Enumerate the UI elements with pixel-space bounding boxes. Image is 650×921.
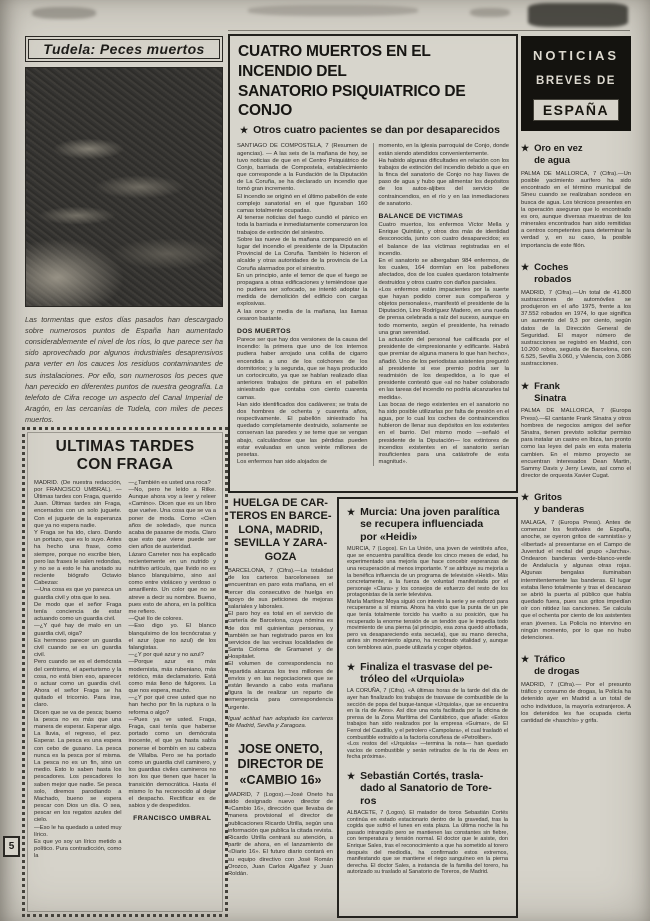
main-subhead-text: Otros cuatro pacientes se dan por desapa… [253, 124, 500, 136]
murcia-article: ★ Murcia: Una joven paralítica se recupe… [347, 506, 508, 652]
brief-headline: ★ Gritos y banderas [521, 492, 631, 516]
column-2-crosshead: BALANCE DE VICTIMAS [379, 213, 510, 220]
star-icon: ★ [521, 492, 529, 503]
brief-item-drogas: ★ Tráfico de drogas MADRID, 7 (Cifra).— … [521, 654, 631, 725]
urquiola-body: LA CORUÑA, 7 (Cifra). «A últimas horas d… [347, 688, 508, 761]
tudela-article: Tudela: Peces muertos Las tormentas que … [25, 36, 223, 425]
brief-body: PALMA DE MALLORCA, 7 (Europa Press).—El … [521, 408, 631, 480]
cortes-headline-text: Sebastián Cortés, trasla- dado al Sanato… [360, 770, 492, 807]
brief-headline: ★ Oro en vez de agua [521, 143, 631, 167]
starred-news-box: ★ Murcia: Una joven paralítica se recupe… [337, 497, 518, 918]
news-briefs-column: NOTICIAS BREVES DE ESPAÑA ★ Oro en vez d… [521, 36, 631, 725]
oneto-article: JOSE ONETO, DIRECTOR DE «CAMBIO 16» MADR… [228, 742, 333, 878]
oneto-headline: JOSE ONETO, DIRECTOR DE «CAMBIO 16» [228, 742, 333, 788]
brief-headline: ★ Coches robados [521, 262, 631, 286]
brief-headline-text: Frank Sinatra [534, 381, 566, 405]
brief-headline: ★ Tráfico de drogas [521, 654, 631, 678]
page-number: 5 [3, 836, 20, 857]
espana-label: ESPAÑA [533, 99, 619, 121]
column-2-text-2: Cuatro muertos, los enfermos Víctor Mell… [379, 222, 510, 466]
cortes-article: ★ Sebastián Cortés, trasla- dado al Sana… [347, 770, 508, 876]
main-article-column-1: SANTIAGO DE COMPOSTELA, 7 (Resumen de ag… [237, 143, 368, 466]
banner-title-line-2: BREVES DE [525, 75, 627, 87]
brief-headline: ★ Frank Sinatra [521, 381, 631, 405]
brief-body: MALAGA, 7 (Europa Press). Antes de comen… [521, 520, 631, 642]
fraga-headline: ULTIMAS TARDES CON FRAGA [34, 438, 216, 474]
column-1-text: SANTIAGO DE COMPOSTELA, 7 (Resumen de ag… [237, 143, 368, 323]
oneto-body: MADRID, 7 (Logos).—José Oneto ha sido de… [228, 792, 333, 878]
column-2-text: momento, en la iglesia parroquial de Con… [379, 143, 510, 208]
cortes-headline: ★ Sebastián Cortés, trasla- dado al Sana… [347, 770, 508, 807]
brief-body: MADRID, 7 (Cifra).—Un total de 41.800 su… [521, 290, 631, 369]
brief-item-sinatra: ★ Frank Sinatra PALMA DE MALLORCA, 7 (Eu… [521, 381, 631, 481]
star-icon: ★ [521, 143, 529, 154]
noticias-breves-banner: NOTICIAS BREVES DE ESPAÑA [521, 36, 631, 131]
fraga-column-2-text: —¿También es usted una roca? —No, pero h… [129, 480, 217, 811]
brief-headline-text: Tráfico de drogas [534, 654, 579, 678]
murcia-headline-text: Murcia: Una joven paralítica se recupera… [360, 506, 499, 543]
column-1-text-2: Parece ser que hay dos versiones de la c… [237, 337, 368, 466]
middle-column: HUELGA DE CAR- TEROS EN BARCE- LONA, MAD… [228, 497, 333, 878]
brief-item-oro: ★ Oro en vez de agua PALMA DE MALLORCA, … [521, 143, 631, 250]
scan-smudge [32, 7, 96, 19]
main-article-column-2: momento, en la iglesia parroquial de Con… [379, 143, 510, 466]
murcia-headline: ★ Murcia: Una joven paralítica se recupe… [347, 506, 508, 543]
column-divider [373, 143, 374, 466]
fraga-column-2: —¿También es usted una roca? —No, pero h… [129, 480, 217, 861]
murcia-body: MURCIA, 7 (Logos). En La Unión, una jove… [347, 546, 508, 652]
urquiola-headline-text: Finaliza el trasvase del pe- tróleo del … [360, 661, 492, 686]
star-icon: ★ [347, 507, 355, 518]
rule-line [228, 30, 630, 31]
main-subhead: ★ Otros cuatro pacientes se dan por desa… [240, 124, 506, 136]
brief-item-gritos: ★ Gritos y banderas MALAGA, 7 (Europa Pr… [521, 492, 631, 642]
star-icon: ★ [347, 662, 355, 673]
fraga-column-1: MADRID. (De nuestra redacción, por FRANC… [34, 480, 122, 861]
brief-body: PALMA DE MALLORCA, 7 (Cifra).—Un posible… [521, 171, 631, 250]
column-1-crosshead: DOS MUERTOS [237, 328, 368, 335]
urquiola-article: ★ Finaliza el trasvase del pe- tróleo de… [347, 661, 508, 761]
huelga-headline: HUELGA DE CAR- TEROS EN BARCE- LONA, MAD… [228, 497, 333, 564]
main-headline: CUATRO MUERTOS EN EL INCENDIO DEL SANATO… [238, 42, 508, 121]
scan-smudge [528, 3, 628, 27]
huelga-body: BARCELONA, 7 (Cifra).—La totalidad de lo… [228, 568, 333, 712]
newspaper-page: 5 Tudela: Peces muertos Las tormentas qu… [0, 0, 650, 921]
cortes-body: ALBACETE, 7 (Logos). El matador de toros… [347, 810, 508, 876]
huelga-article: HUELGA DE CAR- TEROS EN BARCE- LONA, MAD… [228, 497, 333, 730]
photo-caption: Las tormentas que estos días pasados han… [25, 314, 223, 425]
author-signature: FRANCISCO UMBRAL [129, 815, 217, 822]
star-icon: ★ [521, 381, 529, 392]
urquiola-headline: ★ Finaliza el trasvase del pe- tróleo de… [347, 661, 508, 686]
main-article-columns: SANTIAGO DE COMPOSTELA, 7 (Resumen de ag… [230, 141, 516, 474]
brief-body: MADRID, 7 (Cifra).— Por el presunto tráf… [521, 682, 631, 725]
main-article: CUATRO MUERTOS EN EL INCENDIO DEL SANATO… [228, 34, 518, 493]
scan-smudge [470, 8, 510, 17]
star-icon: ★ [240, 125, 248, 136]
star-icon: ★ [521, 654, 529, 665]
tudela-headline: Tudela: Peces muertos [25, 36, 223, 62]
dead-fish-photo [25, 67, 223, 307]
brief-item-coches: ★ Coches robados MADRID, 7 (Cifra).—Un t… [521, 262, 631, 369]
brief-headline-text: Gritos y banderas [534, 492, 584, 516]
scan-smudge [248, 5, 418, 16]
fraga-article: ULTIMAS TARDES CON FRAGA MADRID. (De nue… [22, 427, 228, 917]
huelga-note: Igual actitud han adoptado los carteros … [228, 716, 333, 730]
fraga-columns: MADRID. (De nuestra redacción, por FRANC… [34, 480, 216, 861]
star-icon: ★ [347, 771, 355, 782]
banner-title-line-1: NOTICIAS [525, 48, 627, 63]
star-icon: ★ [521, 262, 529, 273]
brief-headline-text: Coches robados [534, 262, 571, 286]
brief-headline-text: Oro en vez de agua [534, 143, 583, 167]
